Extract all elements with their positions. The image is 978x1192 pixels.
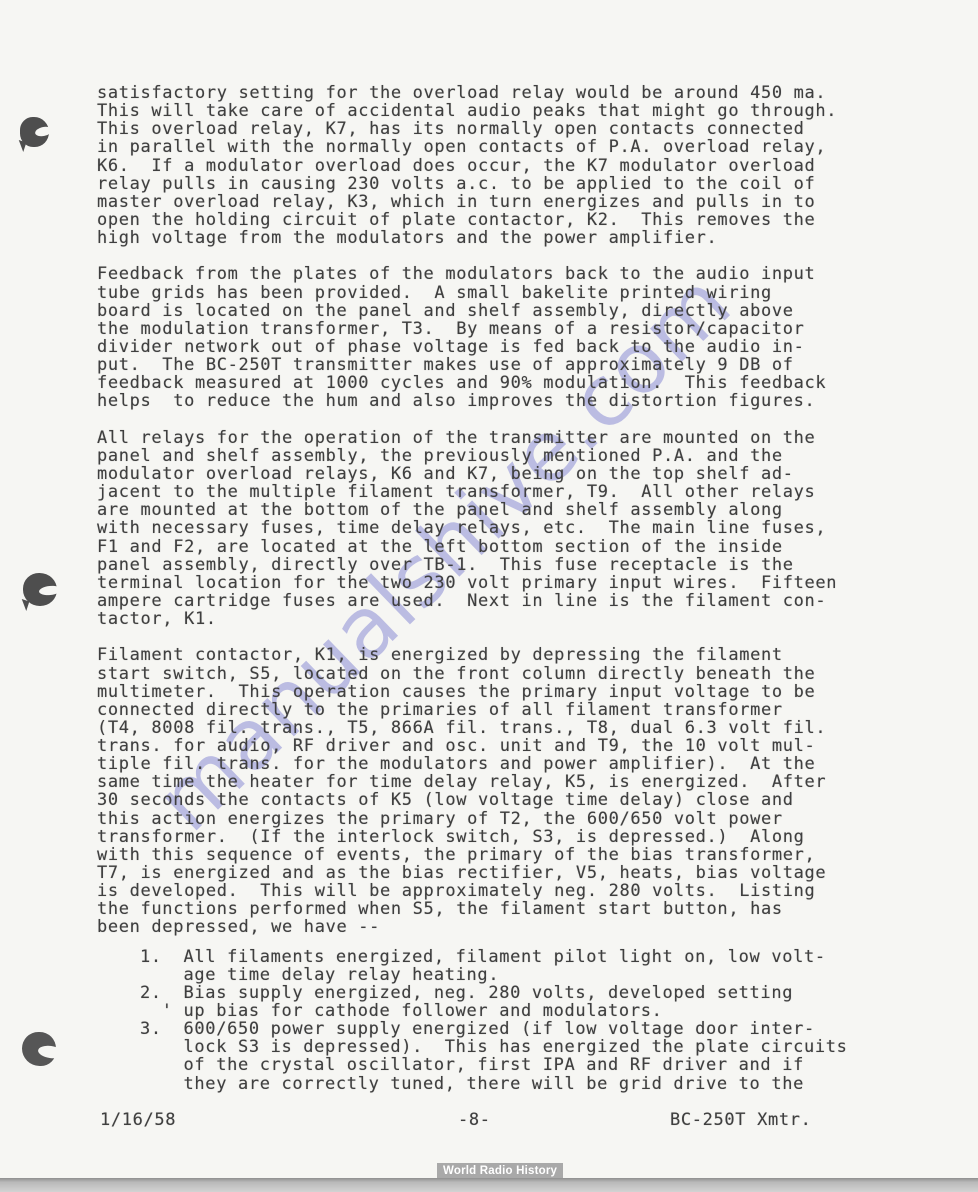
text-line: lock S3 is depressed). This has energize… — [140, 1038, 887, 1056]
text-line: jacent to the multiple filament transfor… — [97, 483, 887, 501]
text-line: 1. All filaments energized, filament pil… — [140, 948, 887, 966]
text-line: helps to reduce the hum and also improve… — [97, 392, 887, 410]
binder-mark-tail — [19, 599, 30, 611]
paragraph: Feedback from the plates of the modulato… — [97, 265, 887, 410]
list-item: 3. 600/650 power supply energized (if lo… — [140, 1020, 887, 1093]
text-line: same time the heater for time delay rela… — [97, 773, 887, 791]
text-line: modulator overload relays, K6 and K7, be… — [97, 465, 887, 483]
text-line: tube grids has been provided. A small ba… — [97, 284, 887, 302]
text-line: T7, is energized and as the bias rectifi… — [97, 864, 887, 882]
footer-doc-ref: BC-250T Xmtr. — [670, 1110, 812, 1130]
text-line: of the crystal oscillator, first IPA and… — [140, 1056, 887, 1074]
text-line: trans. for audio, RF driver and osc. uni… — [97, 737, 887, 755]
numbered-list: 1. All filaments energized, filament pil… — [97, 948, 887, 1093]
text-line: with necessary fuses, time delay relays,… — [97, 519, 887, 537]
binder-mark-1 — [20, 117, 49, 147]
text-line: multimeter. This operation causes the pr… — [97, 683, 887, 701]
text-line: the modulation transformer, T3. By means… — [97, 320, 887, 338]
text-line: connected directly to the primaries of a… — [97, 701, 887, 719]
binder-mark-3 — [22, 1032, 56, 1066]
text-line: age time delay relay heating. — [140, 966, 887, 984]
text-line: tiple fil. trans. for the modulators and… — [97, 755, 887, 773]
text-line: 2. Bias supply energized, neg. 280 volts… — [140, 984, 887, 1002]
text-line: tactor, K1. — [97, 610, 887, 628]
text-line: This will take care of accidental audio … — [97, 102, 887, 120]
footer-page-number: -8- — [458, 1110, 491, 1130]
text-line: is developed. This will be approximately… — [97, 882, 887, 900]
text-line: high voltage from the modulators and the… — [97, 229, 887, 247]
text-line: K6. If a modulator overload does occur, … — [97, 157, 887, 175]
list-item: 2. Bias supply energized, neg. 280 volts… — [140, 984, 887, 1020]
text-line: in parallel with the normally open conta… — [97, 138, 887, 156]
text-line: with this sequence of events, the primar… — [97, 846, 887, 864]
paragraph: All relays for the operation of the tran… — [97, 429, 887, 629]
paragraph: satisfactory setting for the overload re… — [97, 84, 887, 247]
paragraph: Filament contactor, K1, is energized by … — [97, 646, 887, 936]
binder-mark-notch — [34, 125, 52, 137]
text-line: divider network out of phase voltage is … — [97, 338, 887, 356]
text-line: panel and shelf assembly, the previously… — [97, 447, 887, 465]
footer-date: 1/16/58 — [100, 1110, 176, 1130]
text-line: this action energizes the primary of T2,… — [97, 810, 887, 828]
text-line: start switch, S5, located on the front c… — [97, 665, 887, 683]
text-line: ' up bias for cathode follower and modul… — [140, 1002, 887, 1020]
text-line: Feedback from the plates of the modulato… — [97, 265, 887, 283]
text-line: they are correctly tuned, there will be … — [140, 1075, 887, 1093]
binder-mark-notch — [39, 585, 62, 596]
list-item: 1. All filaments energized, filament pil… — [140, 948, 887, 984]
text-line: satisfactory setting for the overload re… — [97, 84, 887, 102]
text-line: relay pulls in causing 230 volts a.c. to… — [97, 175, 887, 193]
text-line: are mounted at the bottom of the panel a… — [97, 501, 887, 519]
text-line: 30 seconds the contacts of K5 (low volta… — [97, 791, 887, 809]
document-body: satisfactory setting for the overload re… — [97, 84, 887, 1093]
text-line: board is located on the panel and shelf … — [97, 302, 887, 320]
text-line: 3. 600/650 power supply energized (if lo… — [140, 1020, 887, 1038]
paragraphs: satisfactory setting for the overload re… — [97, 84, 887, 937]
text-line: ampere cartridge fuses are used. Next in… — [97, 592, 887, 610]
text-line: All relays for the operation of the tran… — [97, 429, 887, 447]
text-line: (T4, 8008 fil. trans., T5, 866A fil. tra… — [97, 719, 887, 737]
text-line: panel assembly, directly over TB-1. This… — [97, 556, 887, 574]
text-line: open the holding circuit of plate contac… — [97, 211, 887, 229]
text-line: terminal location for the two 230 volt p… — [97, 574, 887, 592]
binder-mark-tail — [16, 140, 27, 152]
bottom-scan-bar — [0, 1178, 978, 1192]
text-line: master overload relay, K3, which in turn… — [97, 193, 887, 211]
text-line: This overload relay, K7, has its normall… — [97, 120, 887, 138]
binder-mark-2 — [23, 573, 57, 606]
text-line: transformer. (If the interlock switch, S… — [97, 828, 887, 846]
text-line: feedback measured at 1000 cycles and 90%… — [97, 374, 887, 392]
text-line: the functions performed when S5, the fil… — [97, 900, 887, 918]
text-line: put. The BC-250T transmitter makes use o… — [97, 356, 887, 374]
text-line: F1 and F2, are located at the left botto… — [97, 538, 887, 556]
text-line: Filament contactor, K1, is energized by … — [97, 646, 887, 664]
binder-mark-notch — [37, 1044, 63, 1059]
scanned-page: manualshive.com satisfactory setting for… — [0, 0, 978, 1192]
text-line: been depressed, we have -- — [97, 918, 887, 936]
